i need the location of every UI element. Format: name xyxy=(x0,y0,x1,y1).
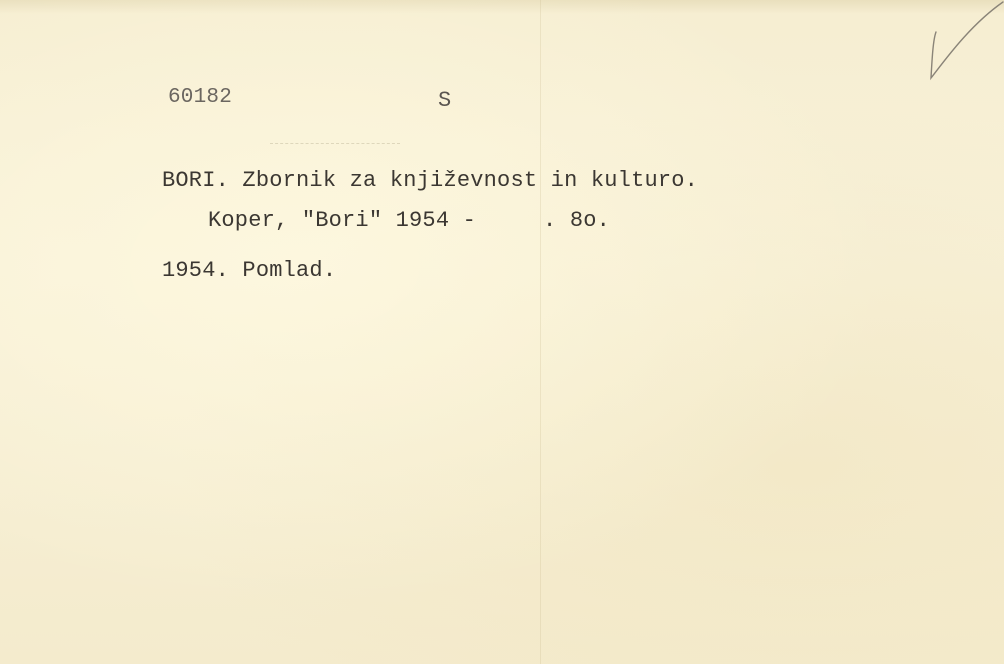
paper-crease xyxy=(540,0,541,664)
accession-number: 60182 xyxy=(168,86,232,109)
faint-erased-text xyxy=(270,143,400,146)
imprint-line: Koper, "Bori" 1954 - . 8o. xyxy=(208,208,610,233)
check-mark-icon xyxy=(925,0,1004,85)
holdings-line: 1954. Pomlad. xyxy=(162,258,336,283)
location-mark: S xyxy=(438,88,451,113)
catalog-card: 60182 S BORI. Zbornik za književnost in … xyxy=(0,0,1004,664)
title-line: BORI. Zbornik za književnost in kulturo. xyxy=(162,168,698,193)
